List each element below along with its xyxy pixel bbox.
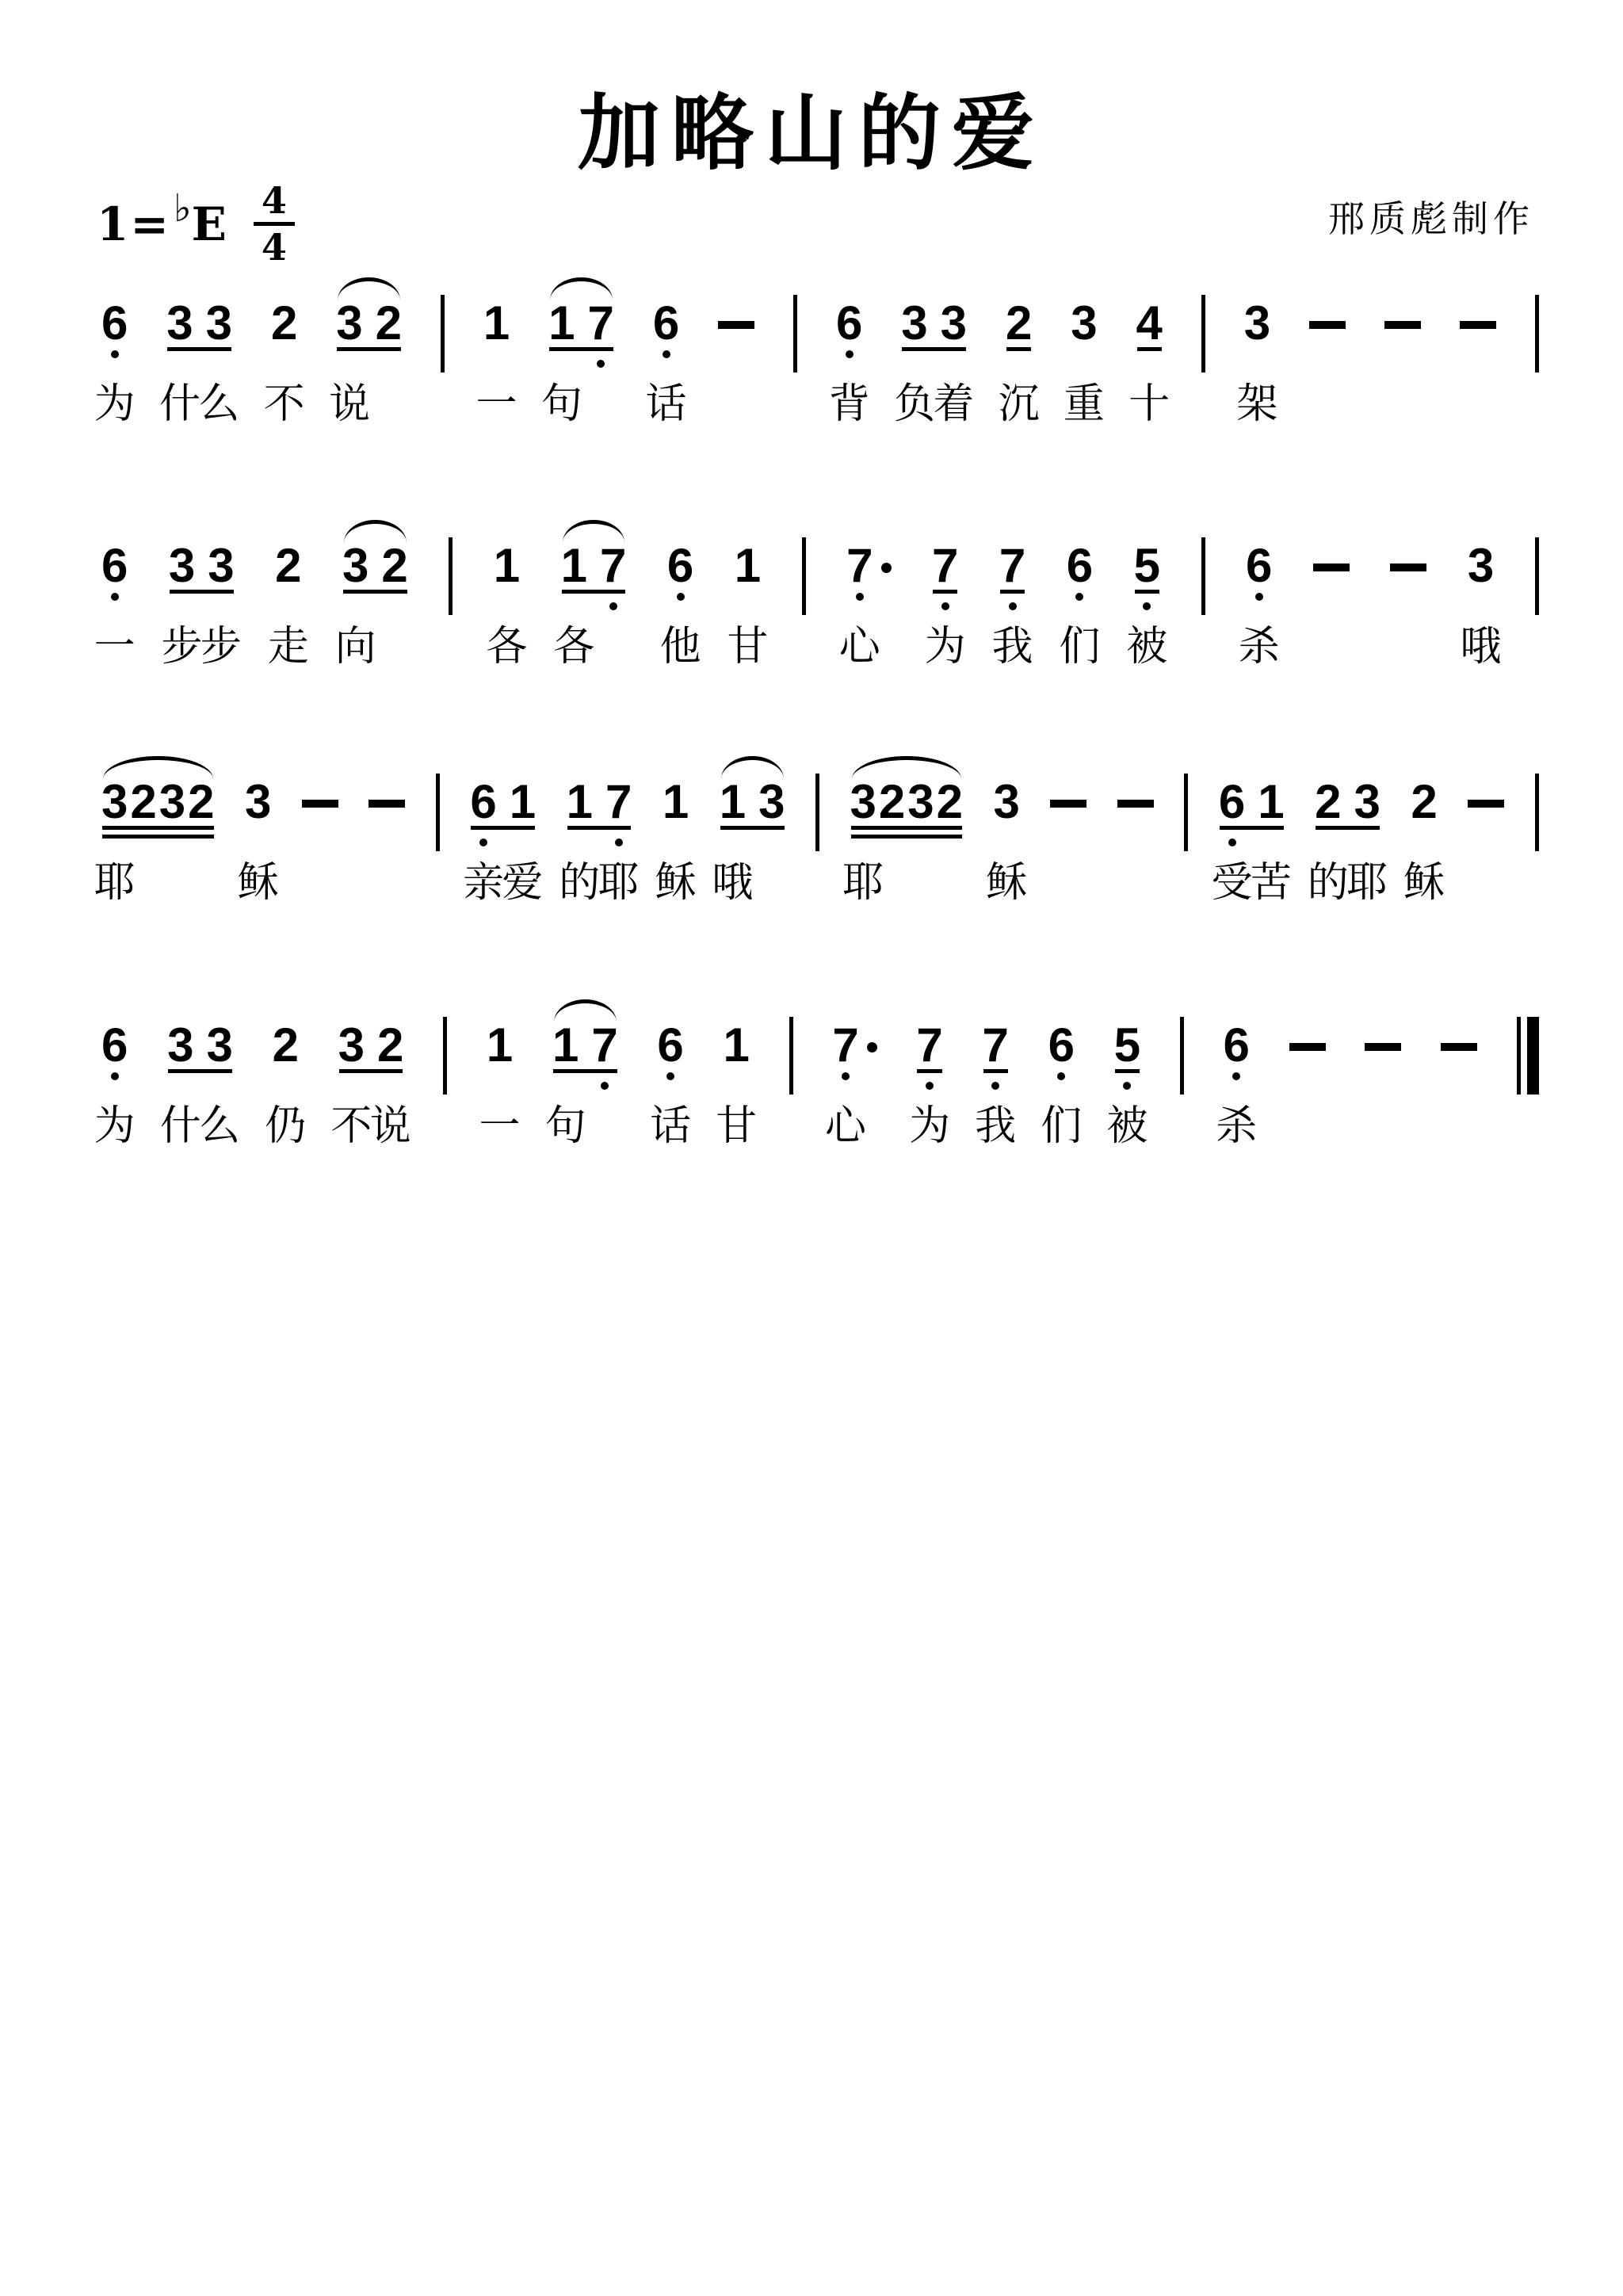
lyric-syllable: 么: [199, 1104, 240, 1148]
note-digit: 7: [600, 542, 626, 590]
note-group: 2稣: [1411, 778, 1437, 826]
note-digit: 3: [1071, 300, 1097, 347]
note-group: 6为: [101, 300, 128, 347]
note-dash: [718, 321, 754, 329]
octave-dot: [663, 350, 670, 358]
note-digit: 3: [850, 778, 876, 826]
note-group: 3哦: [1468, 542, 1494, 590]
note-group: 6一: [101, 542, 128, 590]
lyric-syllable: 话: [650, 1104, 691, 1148]
note: 7: [591, 1022, 617, 1069]
octave-dot: [842, 1072, 850, 1080]
song-title: 加略山的爱: [0, 89, 1623, 178]
note-digit: 1: [724, 1022, 750, 1069]
lyric-syllable: 不: [330, 1104, 372, 1148]
note-digit: 2: [130, 778, 156, 826]
time-signature: 4 4: [254, 182, 295, 266]
note: 1一: [487, 1022, 513, 1069]
note: 3哦: [1468, 542, 1494, 590]
lyric-syllable: 沉: [999, 382, 1040, 426]
note: 2: [381, 542, 407, 590]
note: 6杀: [1246, 542, 1272, 590]
lyric-syllable: 一: [479, 1104, 521, 1148]
lyric-syllable: 耶: [1346, 861, 1388, 905]
lyric-syllable: 的: [1308, 861, 1349, 905]
note-digit: 2: [1315, 778, 1341, 826]
note: 3重: [1071, 300, 1097, 347]
note-digit: 3: [206, 1022, 232, 1069]
lyric-syllable: 亲: [463, 861, 504, 905]
octave-dot: [677, 593, 685, 601]
barline: [793, 295, 797, 372]
lyric-syllable: 他: [660, 625, 701, 669]
note-digit: 3: [907, 778, 934, 826]
note-group: 1哦3: [720, 778, 785, 826]
octave-dot: [856, 593, 864, 601]
note: 7为: [916, 1022, 942, 1069]
note: 7我: [983, 1022, 1009, 1069]
lyric-syllable: 们: [1059, 625, 1100, 669]
lyric-syllable: 一: [476, 382, 517, 426]
octave-dot: [111, 593, 119, 601]
barline: [449, 537, 453, 615]
note: 3向: [342, 542, 369, 590]
lyric-syllable: 杀: [1216, 1104, 1257, 1148]
lyric-syllable: 被: [1126, 625, 1167, 669]
note-group: 7心: [846, 542, 891, 590]
note-dash: [1384, 321, 1421, 329]
note-digit: 1: [1258, 778, 1284, 826]
note: 1一: [483, 300, 510, 347]
note-group: 1一: [487, 1022, 513, 1069]
note-digit: 3: [941, 300, 967, 347]
note-digit: 1: [487, 1022, 513, 1069]
octave-dot: [601, 1082, 609, 1090]
lyric-syllable: 稣: [986, 861, 1027, 905]
note-group: 6杀: [1224, 1022, 1250, 1069]
note-digit: 6: [1048, 1022, 1075, 1069]
note: 2: [879, 778, 905, 826]
lyric-syllable: 不: [264, 382, 305, 426]
lyric-syllable: 为: [909, 1104, 950, 1148]
note-dash: [1441, 1043, 1477, 1051]
note-dash: [1289, 1043, 1326, 1051]
music-line-1: 6为3什3么2不3说21一1句76话6背3负3着2沉3重4十3架: [101, 300, 1539, 434]
lyric-syllable: 被: [1106, 1104, 1148, 1148]
note-group: 2仍: [273, 1022, 299, 1069]
duration-underline: [851, 835, 963, 839]
note-group: 3耶232: [850, 778, 964, 826]
barline: [441, 295, 445, 372]
note: 3么: [206, 300, 232, 347]
note: 1句: [548, 300, 575, 347]
note: 2稣: [1411, 778, 1437, 826]
octave-dot: [846, 350, 854, 358]
note-group: 5被: [1114, 1022, 1140, 1069]
barline: [1184, 774, 1188, 851]
lyric-syllable: 步: [200, 625, 242, 669]
lyric-syllable: 的: [559, 861, 600, 905]
flat-accidental-icon: ♭: [174, 186, 192, 231]
note: 2: [376, 300, 402, 347]
lyric-syllable: 走: [268, 625, 309, 669]
note-digit: 6: [836, 300, 862, 347]
note-dash: [1313, 563, 1350, 571]
lyric-syllable: 为: [94, 382, 136, 426]
octave-dot: [1232, 1072, 1240, 1080]
note: 6背: [836, 300, 862, 347]
note-digit: 6: [1224, 1022, 1250, 1069]
barline: [1201, 295, 1205, 372]
note-digit: 3: [1244, 300, 1270, 347]
octave-dot: [1009, 602, 1017, 610]
note-digit: 3: [338, 1022, 365, 1069]
note: 3负: [901, 300, 927, 347]
lyric-syllable: 哦: [712, 861, 753, 905]
note-digit: 3: [758, 778, 785, 826]
lyric-syllable: 么: [198, 382, 239, 426]
note-group: 6为: [101, 1022, 128, 1069]
note-group: 1各7: [561, 542, 627, 590]
lyric-syllable: 各: [553, 625, 594, 669]
note-group: 2沉: [1006, 300, 1032, 347]
note-digit: 2: [377, 1022, 403, 1069]
lyric-syllable: 什: [159, 382, 200, 426]
note-digit: 1: [494, 542, 520, 590]
note-group: 1甘: [724, 1022, 750, 1069]
note: 7为: [932, 542, 958, 590]
sheet-music-page: 加略山的爱 1=♭E 4 4 邢质彪制作 6为3什3么2不3说21一1句76话6…: [0, 0, 1623, 2296]
note: 1各: [561, 542, 587, 590]
note-digit: 1: [720, 778, 746, 826]
music-line-3: 3耶2323稣6亲1爱1的7耶1稣1哦33耶2323稣6受1苦2的3耶2稣: [101, 778, 1539, 913]
note-digit: 7: [832, 1022, 858, 1069]
octave-dot: [666, 1072, 674, 1080]
note: 6们: [1048, 1022, 1075, 1069]
note-digit: 6: [667, 542, 693, 590]
note-digit: 6: [101, 542, 128, 590]
note-group: 3稣: [994, 778, 1020, 826]
octave-dot: [609, 602, 617, 610]
note: 1爱: [510, 778, 536, 826]
lyric-syllable: 十: [1128, 382, 1170, 426]
note-group: 3负3着: [901, 300, 967, 347]
note-digit: 5: [1114, 1022, 1140, 1069]
note-group: 1的7耶: [567, 778, 632, 826]
note: 2: [937, 778, 963, 826]
lyric-syllable: 句: [541, 382, 582, 426]
note: 3什: [167, 1022, 193, 1069]
note-digit: 5: [1134, 542, 1160, 590]
note-digit: 3: [342, 542, 369, 590]
lyric-syllable: 稣: [1403, 861, 1445, 905]
note: 6杀: [1224, 1022, 1250, 1069]
note-group: 6他: [667, 542, 693, 590]
note: 1的: [567, 778, 593, 826]
key-prefix: 1=: [97, 197, 170, 251]
note-digit: 3: [169, 542, 195, 590]
barline: [815, 774, 819, 851]
note-digit: 3: [336, 300, 362, 347]
note-digit: 1: [561, 542, 587, 590]
note-digit: 1: [663, 778, 689, 826]
lyric-syllable: 甘: [716, 1104, 757, 1148]
note: 3步: [208, 542, 234, 590]
note-digit: 7: [916, 1022, 942, 1069]
note-group: 3不2说: [338, 1022, 404, 1069]
note: 1句: [552, 1022, 579, 1069]
note: 1哦: [720, 778, 746, 826]
note-digit: 3: [245, 778, 271, 826]
octave-dot: [1255, 593, 1263, 601]
note-digit: 2: [273, 1022, 299, 1069]
octave-dot: [991, 1082, 999, 1090]
note: 3: [758, 778, 785, 826]
note-group: 7我: [983, 1022, 1009, 1069]
octave-dot: [941, 602, 949, 610]
note-group: 3重: [1071, 300, 1097, 347]
note-group: 5被: [1134, 542, 1160, 590]
note-digit: 4: [1136, 300, 1163, 347]
barline: [1535, 537, 1539, 615]
note: 3耶: [1354, 778, 1381, 826]
lyric-syllable: 稣: [655, 861, 697, 905]
note: 2: [130, 778, 156, 826]
note-group: 3稣: [245, 778, 271, 826]
lyric-syllable: 步: [162, 625, 203, 669]
note: 4十: [1136, 300, 1163, 347]
note-digit: 7: [846, 542, 873, 590]
note-dash: [1390, 563, 1426, 571]
note: 3稣: [994, 778, 1020, 826]
octave-dot: [479, 839, 487, 846]
note-group: 7为: [916, 1022, 942, 1069]
note: 7心: [832, 1022, 858, 1069]
note: 6一: [101, 542, 128, 590]
note: 6亲: [470, 778, 496, 826]
octave-dot: [111, 350, 119, 358]
note-digit: 2: [271, 300, 297, 347]
lyric-syllable: 稣: [238, 861, 279, 905]
note: 1稣: [663, 778, 689, 826]
music-line-4: 6为3什3么2仍3不2说1一1句76话1甘7心7为7我6们5被6杀: [101, 1022, 1539, 1156]
note-digit: 6: [101, 1022, 128, 1069]
barline: [1201, 537, 1205, 615]
note-digit: 7: [932, 542, 958, 590]
note-digit: 7: [605, 778, 632, 826]
lyric-syllable: 仍: [265, 1104, 306, 1148]
note: 1甘: [724, 1022, 750, 1069]
lyric-syllable: 耶: [842, 861, 884, 905]
note-digit: 3: [206, 300, 232, 347]
note-group: 1句7: [552, 1022, 618, 1069]
note: 2说: [377, 1022, 403, 1069]
note: 5被: [1134, 542, 1160, 590]
note: 1甘: [735, 542, 761, 590]
lyric-syllable: 一: [94, 625, 136, 669]
note: 3稣: [245, 778, 271, 826]
note-digit: 3: [1468, 542, 1494, 590]
key-signature: 1=♭E 4 4: [97, 182, 295, 266]
barline: [443, 1017, 447, 1095]
note-dash: [302, 800, 338, 808]
note-group: 3耶232: [101, 778, 215, 826]
note: 1各: [494, 542, 520, 590]
lyric-syllable: 着: [933, 382, 974, 426]
note-digit: 3: [1354, 778, 1381, 826]
lyric-syllable: 受: [1212, 861, 1253, 905]
note-group: 4十: [1136, 300, 1163, 347]
octave-dot: [1143, 602, 1151, 610]
note-dash: [1460, 321, 1496, 329]
time-signature-numerator: 4: [262, 182, 287, 219]
note-digit: 1: [735, 542, 761, 590]
lyric-syllable: 说: [329, 382, 370, 426]
note: 3: [159, 778, 185, 826]
octave-dot: [1075, 593, 1083, 601]
note: 6为: [101, 300, 128, 347]
lyric-syllable: 们: [1041, 1104, 1082, 1148]
note: 2: [188, 778, 214, 826]
lyric-syllable: 甘: [727, 625, 768, 669]
note-digit: 3: [208, 542, 234, 590]
lyric-syllable: 什: [160, 1104, 201, 1148]
lyric-syllable: 哦: [1461, 625, 1502, 669]
note: 7: [600, 542, 626, 590]
barline: [802, 537, 806, 615]
lyric-syllable: 杀: [1239, 625, 1280, 669]
note-digit: 3: [159, 778, 185, 826]
note: 6们: [1067, 542, 1093, 590]
note-group: 6们: [1048, 1022, 1075, 1069]
note-dash: [1309, 321, 1346, 329]
note-group: 6受1苦: [1219, 778, 1285, 826]
note-group: 1稣: [663, 778, 689, 826]
note: 3不: [338, 1022, 365, 1069]
lyric-syllable: 我: [992, 625, 1033, 669]
lyric-syllable: 话: [646, 382, 687, 426]
lyric-syllable: 为: [925, 625, 966, 669]
note-group: 2的3耶: [1315, 778, 1381, 826]
octave-dot: [1057, 1072, 1065, 1080]
barline: [789, 1017, 793, 1095]
barline: [1180, 1017, 1184, 1095]
note-digit: 6: [1219, 778, 1245, 826]
note-digit: 2: [381, 542, 407, 590]
note-group: 3架: [1244, 300, 1270, 347]
note: 3: [907, 778, 934, 826]
note: 5被: [1114, 1022, 1140, 1069]
lyric-syllable: 背: [829, 382, 870, 426]
note: 3架: [1244, 300, 1270, 347]
note-digit: 7: [999, 542, 1025, 590]
note-digit: 3: [167, 1022, 193, 1069]
note-digit: 7: [588, 300, 614, 347]
note: 2不: [271, 300, 297, 347]
note-group: 1句7: [548, 300, 614, 347]
note-digit: 6: [657, 1022, 683, 1069]
note-digit: 3: [901, 300, 927, 347]
note-group: 7为: [932, 542, 958, 590]
note-digit: 2: [275, 542, 301, 590]
note-group: 3步3步: [169, 542, 235, 590]
note-digit: 1: [567, 778, 593, 826]
note-digit: 6: [653, 300, 679, 347]
note: 2沉: [1006, 300, 1032, 347]
note: 3耶: [101, 778, 128, 826]
note: 6话: [653, 300, 679, 347]
lyric-syllable: 耶: [598, 861, 640, 905]
lyric-syllable: 苦: [1251, 861, 1292, 905]
note-digit: 1: [548, 300, 575, 347]
note-digit: 2: [937, 778, 963, 826]
composer-credit: 邢质彪制作: [1328, 198, 1534, 239]
lyric-syllable: 句: [545, 1104, 586, 1148]
final-thin-bar: [1517, 1017, 1521, 1095]
note-digit: 2: [879, 778, 905, 826]
note-digit: 1: [552, 1022, 579, 1069]
note: 3耶: [850, 778, 876, 826]
note: 2的: [1315, 778, 1341, 826]
note-digit: 1: [510, 778, 536, 826]
octave-dot: [1228, 839, 1236, 846]
note-group: 1各: [494, 542, 520, 590]
final-barline: [1517, 1017, 1539, 1095]
barline: [1535, 774, 1539, 851]
lyric-syllable: 各: [486, 625, 527, 669]
note: 3着: [941, 300, 967, 347]
note-digit: 2: [376, 300, 402, 347]
augmentation-dot: [867, 1042, 877, 1052]
note-dash: [1050, 800, 1086, 808]
augmentation-dot: [881, 563, 892, 573]
note-digit: 6: [1067, 542, 1093, 590]
key-tonic: E: [192, 197, 227, 251]
note: 6为: [101, 1022, 128, 1069]
duration-underline: [102, 835, 214, 839]
note-digit: 2: [188, 778, 214, 826]
note-group: 6话: [653, 300, 679, 347]
note-group: 3什3么: [167, 1022, 233, 1069]
note: 3么: [206, 1022, 232, 1069]
note: 6话: [657, 1022, 683, 1069]
note-digit: 2: [1006, 300, 1032, 347]
lyric-syllable: 爱: [502, 861, 543, 905]
lyric-syllable: 心: [825, 1104, 866, 1148]
note: 7我: [999, 542, 1025, 590]
note: 7: [588, 300, 614, 347]
note: 7心: [846, 542, 873, 590]
octave-dot: [597, 360, 605, 368]
octave-dot: [1123, 1082, 1131, 1090]
note-digit: 6: [470, 778, 496, 826]
note-group: 1甘: [735, 542, 761, 590]
lyric-syllable: 向: [335, 625, 376, 669]
lyric-syllable: 负: [894, 382, 935, 426]
barline: [436, 774, 440, 851]
note-group: 3什3么: [166, 300, 232, 347]
note-group: 7我: [999, 542, 1025, 590]
note-group: 6背: [836, 300, 862, 347]
note-dash: [1468, 800, 1504, 808]
note-digit: 3: [101, 778, 128, 826]
note: 3说: [336, 300, 362, 347]
note: 6受: [1219, 778, 1245, 826]
note-digit: 2: [1411, 778, 1437, 826]
note: 7耶: [605, 778, 632, 826]
note-group: 3向2: [342, 542, 408, 590]
lyric-syllable: 心: [839, 625, 880, 669]
